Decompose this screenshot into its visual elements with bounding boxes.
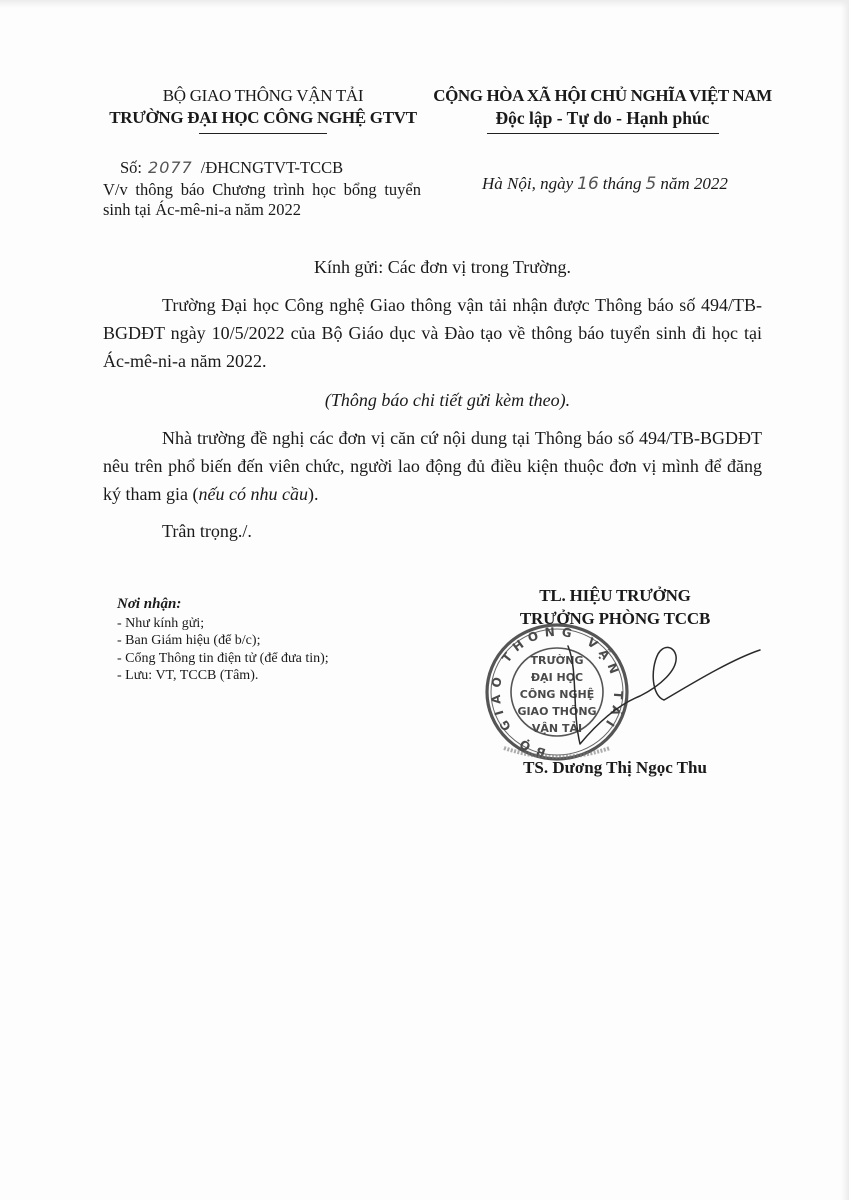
national-header: CỘNG HÒA XÃ HỘI CHỦ NGHĨA VIỆT NAM Độc l… [425,85,780,134]
paragraph-1: Trường Đại học Công nghệ Giao thông vận … [103,291,762,375]
paragraph-2: Nhà trường đề nghị các đơn vị căn cứ nội… [103,424,762,508]
header-underline [199,133,327,134]
paragraph-2-end: ). [308,484,319,504]
national-motto: Độc lập - Tự do - Hạnh phúc [425,107,780,129]
scan-edge [0,0,849,8]
signatory-title: TL. HIỆU TRƯỞNG TRƯỞNG PHÒNG TCCB [470,584,760,630]
ministry-name: BỘ GIAO THÔNG VẬN TẢI [103,85,423,107]
handwritten-number: 2077 [148,158,193,177]
issuer-header: BỘ GIAO THÔNG VẬN TẢI TRƯỜNG ĐẠI HỌC CÔN… [103,85,423,134]
signatory-title-line-1: TL. HIỆU TRƯỞNG [470,584,760,607]
recipients-label: Nơi nhận: [117,596,329,614]
month-label: tháng [603,174,642,193]
recipient-item: - Ban Giám hiệu (để b/c); [117,632,329,650]
number-suffix: /ĐHCNGTVT-TCCB [201,158,343,177]
place-prefix: Hà Nội, ngày [482,174,573,193]
document-subject: V/v thông báo Chương trình học bổng tuyể… [103,180,421,220]
number-prefix: Số: [120,158,142,177]
scan-edge [841,0,849,1200]
school-name: TRƯỜNG ĐẠI HỌC CÔNG NGHỆ GTVT [103,107,423,129]
motto-underline [487,133,719,134]
year-label: năm 2022 [660,174,728,193]
handwritten-month: 5 [646,174,657,194]
signature-stroke [568,646,760,744]
recipients-block: Nơi nhận: - Như kính gửi; - Ban Giám hiệ… [117,596,329,685]
document-page: BỘ GIAO THÔNG VẬN TẢI TRƯỜNG ĐẠI HỌC CÔN… [0,0,849,1200]
handwritten-signature [560,640,770,760]
nation-name: CỘNG HÒA XÃ HỘI CHỦ NGHĨA VIỆT NAM [425,85,780,107]
handwritten-day: 16 [577,174,599,194]
signatory-name: TS. Dương Thị Ngọc Thu [470,758,760,778]
recipient-item: - Cổng Thông tin điện tử (để đưa tin); [117,650,329,668]
paragraph-2-italic: nếu có nhu cầu [198,484,307,504]
closing: Trân trọng./. [162,521,252,542]
dateline: Hà Nội, ngày16tháng5năm 2022 [482,174,728,194]
document-number: Số:2077/ĐHCNGTVT-TCCB [120,158,343,178]
signatory-title-line-2: TRƯỞNG PHÒNG TCCB [470,607,760,630]
recipient-item: - Lưu: VT, TCCB (Tâm). [117,667,329,685]
greeting: Kính gửi: Các đơn vị trong Trường. [103,257,762,278]
recipient-item: - Như kính gửi; [117,615,329,633]
attachment-note: (Thông báo chi tiết gửi kèm theo). [103,390,762,411]
